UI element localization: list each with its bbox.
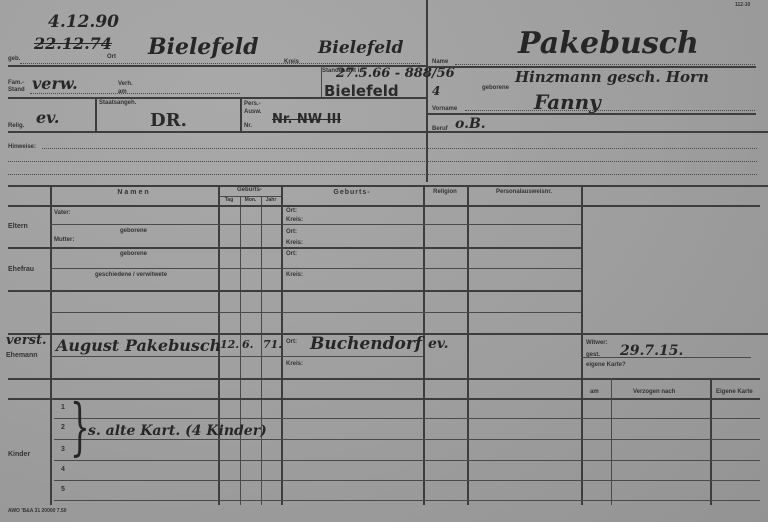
father-district-label: Kreis: <box>286 217 303 223</box>
column-header-religion: Religion <box>423 189 467 195</box>
notes-label: Hinweise: <box>8 144 36 150</box>
family-status-label: Fam.-Stand <box>8 80 30 94</box>
own-card-question: eigene Karte? <box>586 362 626 368</box>
occupation-value: o.B. <box>455 116 486 132</box>
husband-birth-month: 6. <box>242 338 253 351</box>
section-parents: Eltern <box>8 223 28 230</box>
own-card-label: Eigene Karte <box>716 389 753 395</box>
column-header-id-number: Personalausweisnr. <box>467 189 581 195</box>
mother-district-label: Kreis: <box>286 240 303 246</box>
birth-date-value: 4.12.90 <box>48 12 119 32</box>
husband-place-label: Ort: <box>286 339 297 345</box>
column-header-name: Namen <box>50 189 218 196</box>
mother-label: Mutter: <box>54 237 74 243</box>
form-code-top: 112-10 <box>735 2 750 8</box>
id-card-value: Nr. NW III <box>272 112 341 127</box>
wife-district-label: Kreis: <box>286 272 303 278</box>
wife-maiden-label: geborene <box>120 251 147 257</box>
husband-birth-year: 71. <box>263 338 282 351</box>
column-header-birthplace: Geburts- <box>281 189 423 196</box>
civil-registry-suffix: 4 <box>432 84 440 98</box>
section-wife: Ehefrau <box>8 266 34 273</box>
district-value: Bielefeld <box>318 38 403 58</box>
husband-birth-day: 12. <box>220 338 239 351</box>
column-header-month: Mon. <box>240 197 261 203</box>
child-row-5: 5 <box>61 486 65 493</box>
birth-date-crossed-out: 22.12.74 <box>34 34 112 53</box>
husband-district-label: Kreis: <box>286 361 303 367</box>
civil-registry-value: 27.5.66 - 888/56 <box>336 66 455 81</box>
wife-place-label: Ort: <box>286 251 297 257</box>
married-label: Verh. <box>118 81 133 87</box>
father-label: Vater: <box>54 210 71 216</box>
occupation-label: Beruf <box>432 126 448 132</box>
child-row-1: 1 <box>61 404 65 411</box>
husband-name: August Pakebusch <box>56 336 221 355</box>
surname-label: Name <box>432 59 448 65</box>
birth-date-label: geb. <box>8 56 20 62</box>
id-card-label: Pers.-Ausw. <box>244 100 264 116</box>
maiden-name-value: Hinzmann gesch. Horn <box>515 68 709 86</box>
form-code-bottom: AWO 'B&A 31 20000 7.50 <box>8 508 67 514</box>
family-status-value: verw. <box>32 74 78 93</box>
child-row-4: 4 <box>61 466 65 473</box>
section-children: Kinder <box>8 451 30 458</box>
mother-maiden-label: geborene <box>120 228 147 234</box>
section-husband: Ehemann <box>6 352 38 359</box>
child-row-2: 2 <box>61 424 65 431</box>
surname-value: Pakebusch <box>518 26 699 61</box>
header-divider <box>426 0 428 182</box>
column-header-year: Jahr <box>261 197 281 203</box>
citizenship-label: Staatsangeh. <box>99 100 136 106</box>
column-header-day: Tag <box>218 197 240 203</box>
children-note: s. alte Kart. (4 Kinder) <box>88 423 267 439</box>
moved-to-label: Verzogen nach <box>633 389 675 395</box>
husband-birthplace: Buchendorf <box>310 334 422 354</box>
religion-label: Relig. <box>8 123 24 129</box>
religion-value: ev. <box>36 108 59 127</box>
birth-place-label: Ort <box>107 54 116 60</box>
column-header-birth: Geburts- <box>218 187 281 193</box>
wife-divorced-widowed-label: geschiedene / verwitwete <box>95 272 167 278</box>
first-name-label: Vorname <box>432 106 457 112</box>
id-card-nr-label: Nr. <box>244 123 252 129</box>
birth-place-value: Bielefeld <box>148 34 259 60</box>
husband-religion: ev. <box>428 336 449 352</box>
registration-card: 112-10 4.12.90 22.12.74 geb. Ort Bielefe… <box>0 0 768 522</box>
citizenship-value: DR. <box>150 110 187 131</box>
moved-on-label: am <box>590 389 599 395</box>
maiden-name-label: geborene <box>482 85 509 91</box>
married-on-label: am <box>118 89 127 95</box>
mother-place-label: Ort: <box>286 229 297 235</box>
father-place-label: Ort: <box>286 208 297 214</box>
widower-label: Witwer: <box>586 340 608 346</box>
husband-status: verst. <box>6 333 47 348</box>
children-brace: } <box>70 396 90 458</box>
child-row-3: 3 <box>61 446 65 453</box>
